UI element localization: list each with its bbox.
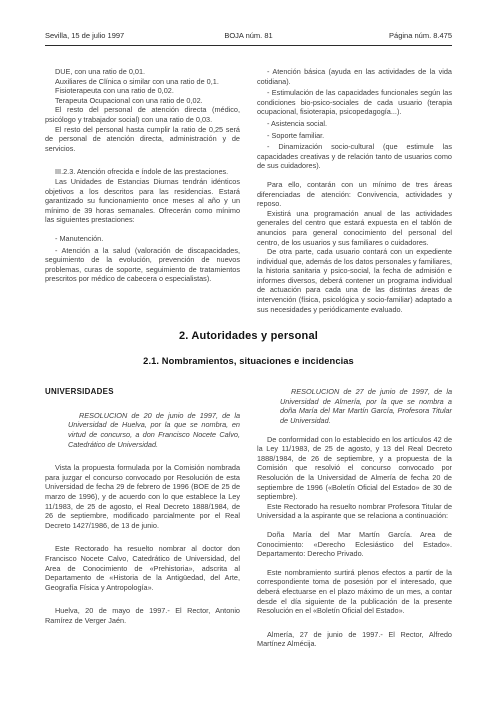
list-item: - Manutención. <box>45 234 240 244</box>
paragraph: Vista la propuesta formulada por la Comi… <box>45 463 240 530</box>
paragraph: Doña María del Mar Martín García. Area d… <box>257 530 452 559</box>
paragraph: De otra parte, cada usuario contará con … <box>257 247 452 314</box>
document-page: Sevilla, 15 de julio 1997 BOJA núm. 81 P… <box>0 0 500 708</box>
paragraph: De conformidad con lo establecido en los… <box>257 435 452 502</box>
header-page-number: Página núm. 8.475 <box>316 31 452 40</box>
signature-line: Almería, 27 de junio de 1997.- El Rector… <box>257 630 452 649</box>
paragraph: III.2.3. Atención ofrecida e índole de l… <box>45 167 240 177</box>
list-item: - Atención a la salud (valoración de dis… <box>45 246 240 284</box>
list-item: - Estimulación de las capacidades funcio… <box>257 88 452 117</box>
paragraph: Existirá una programación anual de las a… <box>257 209 452 247</box>
paragraph: Las Unidades de Estancias Diurnas tendrá… <box>45 177 240 225</box>
paragraph: Este Rectorado ha resuelto nombrar al do… <box>45 544 240 592</box>
list-item: - Atención básica (ayuda en las activida… <box>257 67 452 86</box>
paragraph: El resto del personal de atención direct… <box>45 105 240 124</box>
resolution-summary: RESOLUCION de 20 de junio de 1997, de la… <box>68 411 240 449</box>
paragraph: Auxiliares de Clínica o similar con una … <box>45 77 240 87</box>
list-item: - Soporte familiar. <box>257 131 452 141</box>
page-content: DUE, con una ratio de 0,01.Auxiliares de… <box>45 67 452 649</box>
paragraph: Terapeuta Ocupacional con una ratio de 0… <box>45 96 240 106</box>
bottom-right-column: RESOLUCION de 27 de junio de 1997, de la… <box>257 387 452 649</box>
paragraph: Para ello, contarán con un mínimo de tre… <box>257 180 452 209</box>
section-title: 2. Autoridades y personal <box>45 330 452 342</box>
paragraph: Este nombramiento surtirá plenos efectos… <box>257 568 452 616</box>
page-header: Sevilla, 15 de julio 1997 BOJA núm. 81 P… <box>45 31 452 46</box>
subsection-heading: UNIVERSIDADES <box>45 387 240 397</box>
section-subtitle: 2.1. Nombramientos, situaciones e incide… <box>45 356 452 366</box>
list-item: - Asistencia social. <box>257 119 452 129</box>
header-bulletin-number: BOJA núm. 81 <box>181 31 317 40</box>
paragraph: Este Rectorado ha resuelto nombrar Profe… <box>257 502 452 521</box>
paragraph: DUE, con una ratio de 0,01. <box>45 67 240 77</box>
paragraph: El resto del personal hasta cumplir la r… <box>45 125 240 154</box>
top-two-columns: DUE, con una ratio de 0,01.Auxiliares de… <box>45 67 452 314</box>
section-header: 2. Autoridades y personal 2.1. Nombramie… <box>45 330 452 366</box>
header-place-date: Sevilla, 15 de julio 1997 <box>45 31 181 40</box>
list-item: - Dinamización socio-cultural (que estim… <box>257 142 452 171</box>
bottom-left-column: UNIVERSIDADESRESOLUCION de 20 de junio d… <box>45 387 240 649</box>
top-right-column: - Atención básica (ayuda en las activida… <box>257 67 452 314</box>
resolution-summary: RESOLUCION de 27 de junio de 1997, de la… <box>280 387 452 425</box>
signature-line: Huelva, 20 de mayo de 1997.- El Rector, … <box>45 606 240 625</box>
paragraph: Fisioterapeuta con una ratio de 0,02. <box>45 86 240 96</box>
top-left-column: DUE, con una ratio de 0,01.Auxiliares de… <box>45 67 240 314</box>
bottom-two-columns: UNIVERSIDADESRESOLUCION de 20 de junio d… <box>45 387 452 649</box>
